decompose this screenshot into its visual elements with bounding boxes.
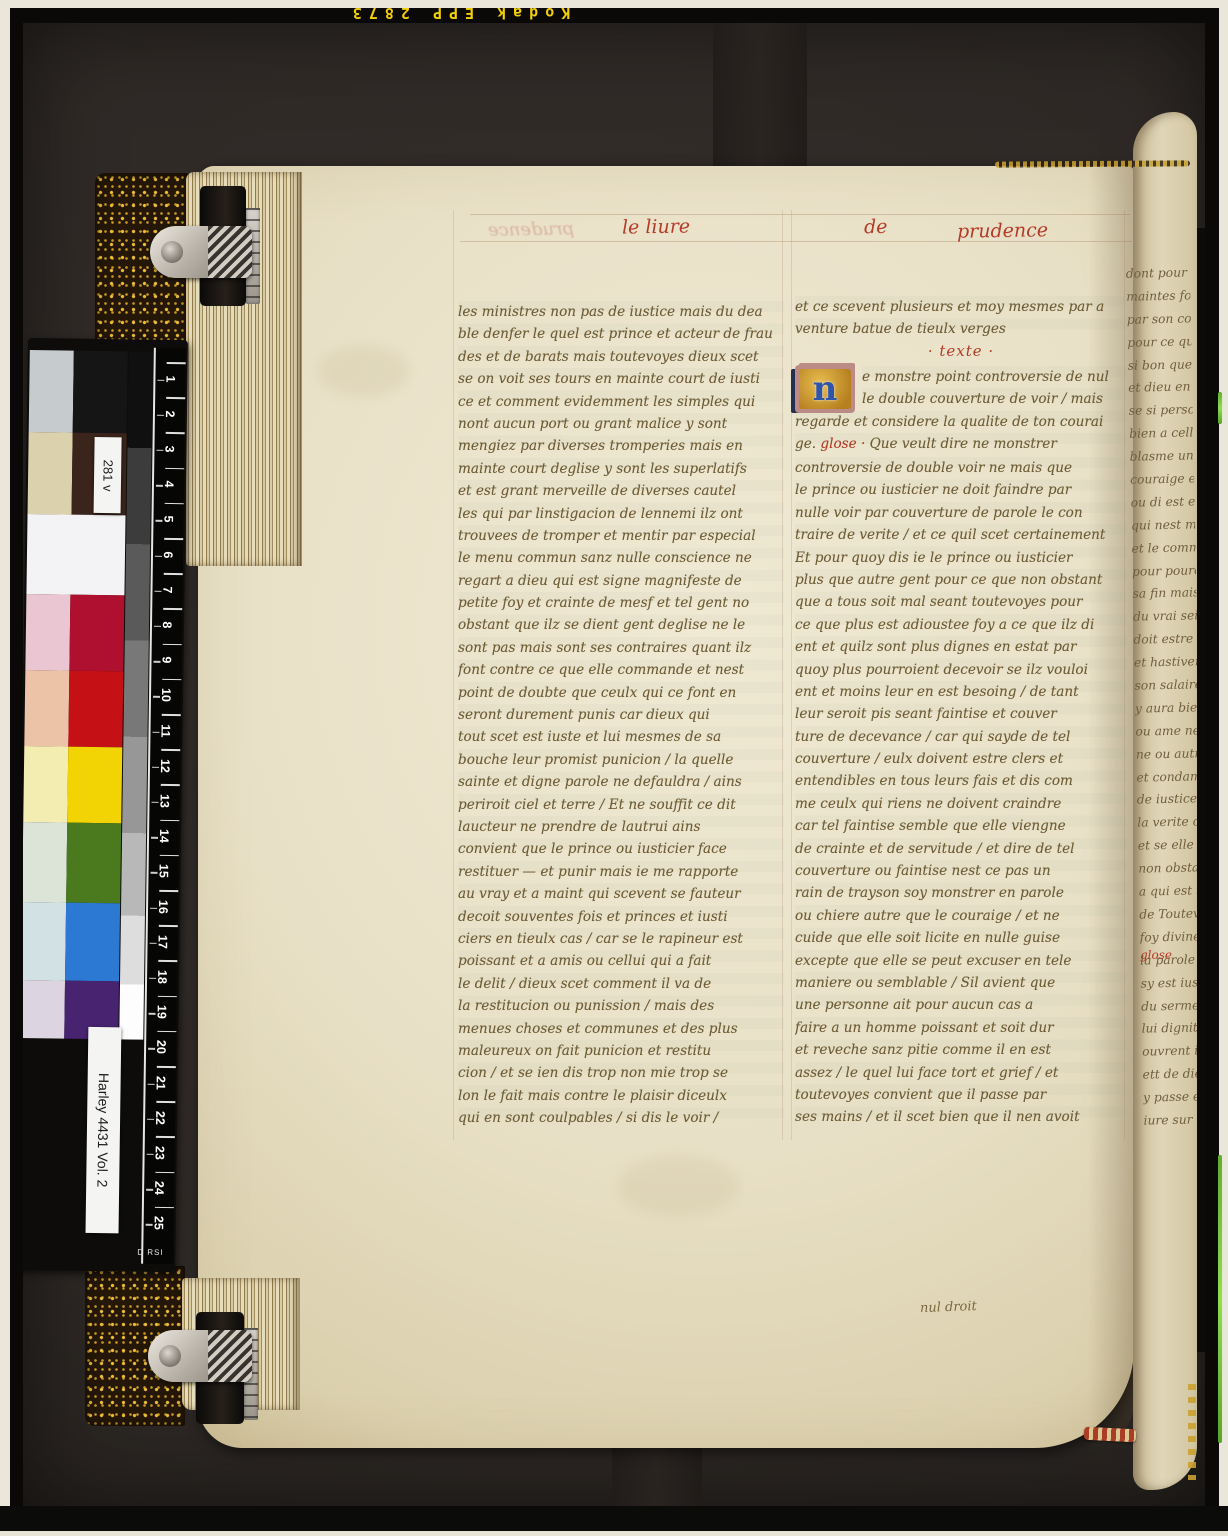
text-line: ciers en tieulx cas / car se le rapineur… — [458, 928, 784, 950]
ruler-cell: 19 — [146, 995, 176, 1031]
film-border-right — [1205, 7, 1219, 1508]
calibration-patch — [20, 980, 65, 1039]
text-line: les qui par linstigacion de lennemi ilz … — [458, 503, 784, 525]
vellum-stain — [618, 1156, 738, 1216]
ruler-number: 1 — [163, 363, 177, 393]
text-line: petite foy et crainte de mesf et tel gen… — [458, 592, 784, 614]
ruler-number: 3 — [162, 434, 176, 464]
text-line: et est grant merveille de diverses caute… — [458, 480, 784, 502]
text-line: pour ce que il nam — [1127, 330, 1191, 354]
ruler-number: 18 — [155, 962, 169, 992]
ruler-number: 2 — [163, 399, 177, 429]
text-line: trouvees de tromper et mentir par especi… — [458, 525, 784, 547]
text-line: rain de trayson soy monstrer en parole — [795, 882, 1127, 904]
text-line: dont pour son pla — [1126, 261, 1190, 285]
text-line: pour pourchacier de n — [1132, 559, 1196, 583]
ruler-cell: 6 — [153, 538, 183, 574]
text-line: la restitucion ou punission / mais des — [458, 995, 784, 1017]
ruler-cell: 8 — [152, 608, 182, 644]
shelfmark-label: Harley 4431 Vol. 2 — [86, 1027, 122, 1233]
ruler-cell: 3 — [154, 432, 184, 468]
felt-strap-top — [713, 22, 807, 169]
text-line: laucteur ne prendre de lautrui ains — [458, 816, 784, 838]
text-line: non obstant que — [1138, 856, 1202, 880]
text-line: faire a un homme poissant et soit dur — [795, 1017, 1127, 1039]
text-line: qui nest medicineuse — [1131, 513, 1195, 537]
text-line: menues choses et communes et des plus — [458, 1018, 784, 1040]
text-line: quoy plus pourroient decevoir se ilz vou… — [795, 659, 1127, 681]
ruler-number: 17 — [155, 927, 169, 957]
text-line: ce et comment evidemment les simples qui — [458, 391, 784, 413]
ruler-cell: 12 — [150, 749, 180, 785]
calibration-patch — [69, 595, 124, 672]
text-line: maleureux on fait punicion et restitu — [458, 1040, 784, 1062]
calibration-patch — [21, 902, 66, 981]
text-line: ou di est et que tel d — [1130, 490, 1194, 514]
page-clip-bottom — [148, 1330, 252, 1382]
text-line: ce que plus est adioustee foy a ce que i… — [795, 614, 1127, 636]
text-line: convient que le prince ou iusticier face — [458, 838, 784, 860]
green-edge-artifact — [1218, 1155, 1222, 1443]
calibration-patch — [24, 670, 69, 747]
felt-strap-bottom — [612, 1442, 702, 1508]
text-line: et ce scevent plusieurs et moy mesmes pa… — [795, 296, 1127, 318]
frame-bottom — [0, 1531, 1228, 1536]
ruler-number: 20 — [154, 1032, 168, 1062]
text-line: ture de decevance / car qui sayde de tel — [795, 726, 1127, 748]
page-clip-top — [150, 226, 252, 278]
text-line: mengiez par diverses tromperies mais en — [458, 435, 784, 457]
text-line: maniere ou semblable / Sil avient que — [795, 972, 1127, 994]
ruler-number: 12 — [158, 751, 172, 781]
text-line: et dieu en seroit de p — [1128, 376, 1192, 400]
calibration-patch — [26, 514, 125, 595]
text-line: que a tous soit mal seant toutevoyes pou… — [795, 591, 1127, 613]
text-line: se si personne pa — [1128, 399, 1192, 423]
ruling-line — [470, 214, 1130, 215]
text-line: bien a cellui que ma — [1129, 422, 1193, 446]
ruler-number: 11 — [158, 715, 172, 745]
ruler-number: 21 — [153, 1067, 167, 1097]
text-line: foy divine — [1139, 925, 1203, 949]
ruler-cell: 21 — [145, 1066, 175, 1102]
ruler-cell: 14 — [149, 819, 179, 855]
text-line: sont pas mais sont ses contraires quant … — [458, 637, 784, 659]
text-line: doit estre parfaite — [1133, 628, 1197, 652]
next-folio-rubric-glose: glose — [1140, 948, 1172, 962]
ruling-line — [453, 210, 454, 1140]
text-column-2-intro: et ce scevent plusieurs et moy mesmes pa… — [795, 296, 1127, 341]
text-line: seront durement punis car dieux qui — [458, 704, 784, 726]
calibration-patch — [66, 823, 121, 904]
ruler-cell: 11 — [150, 714, 180, 750]
text-line: obstant que ilz se dient gent deglise ne… — [458, 614, 784, 636]
text-line: font contre ce que elle commande et nest — [458, 659, 784, 681]
ruler-cell: 1 — [155, 362, 185, 398]
text-column-2-glose-line: ge. glose · Que veult dire ne monstrer — [795, 433, 1127, 455]
text-line: plus que autre gent pour ce que non obst… — [795, 569, 1127, 591]
calibration-patch — [25, 594, 70, 671]
text-line: toutevoyes convient que il passe par — [795, 1084, 1127, 1106]
ruler-number: 7 — [160, 575, 174, 605]
text-line: ne ou autre malice — [1136, 742, 1200, 766]
ruler-footer-label: D RSI — [137, 1248, 163, 1257]
text-line: de Toutevoyes ne — [1139, 902, 1203, 926]
text-line: leur seroit pis seant faintise et couver — [795, 703, 1127, 725]
text-line: car tel faintise semble que elle viengne — [795, 815, 1127, 837]
catchword: nul droit — [920, 1299, 977, 1316]
text-line: controversie de double voir ne mais que — [795, 457, 1127, 479]
ruler-number: 13 — [157, 786, 171, 816]
ruler-cell: 2 — [155, 397, 185, 433]
text-line: regart a dieu qui est signe magnifeste d… — [458, 570, 784, 592]
text-line: venture batue de tieulx verges — [795, 318, 1127, 340]
text-line: les ministres non pas de iustice mais du… — [458, 301, 784, 323]
spine-headband — [1084, 1427, 1137, 1443]
initial-letter: n — [795, 365, 855, 413]
running-header-le-livre: le liure — [622, 215, 690, 238]
ruler-number: 25 — [151, 1208, 165, 1238]
ruler-cell: 25 — [143, 1206, 173, 1242]
text-line: ble denfer le quel est prince et acteur … — [458, 323, 784, 345]
ruler-cell: 20 — [146, 1031, 176, 1067]
text-line: cuide que elle soit licite en nulle guis… — [795, 927, 1127, 949]
folio-label: 281 v — [94, 437, 122, 513]
text-line: tout scet est iuste et lui mesmes de sa — [458, 726, 784, 748]
ruling-line — [791, 210, 792, 1140]
ruler-cell: 24 — [144, 1171, 174, 1207]
running-header-de: de — [864, 216, 888, 238]
text-line: poissant et a amis ou cellui qui a fait — [458, 950, 784, 972]
rubric-glose: glose · — [820, 436, 869, 452]
ruler-cell: 23 — [144, 1136, 174, 1172]
text-line: le double couverture de voir / mais — [862, 388, 1127, 410]
text-line: assez / le quel lui face tort et grief /… — [795, 1062, 1127, 1084]
ruler-number: 23 — [152, 1138, 166, 1168]
text-line: traire de verite / et ce quil scet certa… — [795, 524, 1127, 546]
text-fragment: Que veult dire ne monstrer — [870, 436, 1057, 452]
ruler-number: 9 — [159, 645, 173, 675]
text-column-1: les ministres non pas de iustice mais du… — [458, 301, 784, 1129]
ruler-cell: 22 — [145, 1101, 175, 1137]
text-line: regarde et considere la qualite de ton c… — [795, 411, 1127, 433]
text-column-2-beside-initial: e monstre point controversie de nulle do… — [862, 366, 1127, 411]
ruler-number: 10 — [159, 680, 173, 710]
ruler-cell: 17 — [147, 925, 177, 961]
text-line: entendibles en tous leurs fais et dis co… — [795, 770, 1127, 792]
text-line: couverture ou faintise nest ce pas un — [795, 860, 1127, 882]
header-showthrough: prudence — [488, 218, 575, 241]
film-strip: Kodak EPP 2873 — [0, 1506, 1228, 1532]
text-line: qui en sont coulpables / si dis le voir … — [458, 1107, 784, 1129]
text-line: une personne ait pour aucun cas a — [795, 994, 1127, 1016]
ruler-cell: 9 — [151, 643, 181, 679]
ruler-cell: 18 — [147, 960, 177, 996]
text-line: ent et quilz sont plus dignes en estat p… — [795, 636, 1127, 658]
ruler-cell: 13 — [149, 784, 179, 820]
text-line: ou ame ne trouve — [1135, 719, 1199, 743]
text-line: couraige et que cest — [1130, 467, 1194, 491]
ruler-cell: 4 — [154, 467, 184, 503]
text-line: le menu commun sanz nulle conscience ne — [458, 547, 784, 569]
text-line: periroit ciel et terre / Et ne souffit c… — [458, 794, 784, 816]
text-line: si bon que se il luc — [1128, 353, 1192, 377]
running-header-prudence: prudence — [957, 219, 1048, 243]
text-line: sa fin mais de la — [1132, 582, 1196, 606]
calibration-patch — [65, 903, 120, 982]
text-line: au vray et a maint qui scevent se fauteu… — [458, 883, 784, 905]
text-line: nulle voir par couverture de parole le c… — [795, 502, 1127, 524]
ruler-number: 6 — [161, 539, 175, 569]
text-line: du vrai seigneur et n — [1133, 605, 1197, 629]
text-line: du serment fa — [1141, 994, 1205, 1018]
text-line: de iustice entre d — [1137, 788, 1201, 812]
ruler-number: 15 — [156, 856, 170, 886]
text-line: bouche leur promist punicion / la quelle — [458, 749, 784, 771]
ruler-number: 8 — [160, 610, 174, 640]
calibration-patch — [73, 351, 128, 434]
ruler-cell: 7 — [152, 573, 182, 609]
text-line: et le commandemen — [1131, 536, 1195, 560]
text-line: nont aucun port ou grant malice y sont — [458, 413, 784, 435]
text-line: decoit souventes fois et princes et iust… — [458, 906, 784, 928]
text-fragment: ge. — [795, 436, 820, 452]
ruler-number: 5 — [161, 504, 175, 534]
gold-dot-border — [1188, 1384, 1196, 1480]
ruler-cell: 16 — [148, 890, 178, 926]
text-line: restituer — et punir mais ie me rapporte — [458, 861, 784, 883]
text-line: lon le fait mais contre le plaisir diceu… — [458, 1085, 784, 1107]
color-calibration-chart: 1234567891011121314151617181920212223242… — [15, 338, 188, 1272]
text-line: ou chiere autre que le couraige / et ne — [795, 905, 1127, 927]
text-line: ses mains / et il scet bien que il nen a… — [795, 1106, 1127, 1128]
ruler-number: 24 — [152, 1173, 166, 1203]
calibration-patch — [68, 671, 123, 748]
text-line: se on voit ses tours en mainte court de … — [458, 368, 784, 390]
ruler-number: 22 — [153, 1103, 167, 1133]
text-line: et hastivement en p — [1134, 650, 1198, 674]
text-line: le prince ou iusticier ne doit faindre p… — [795, 479, 1127, 501]
text-line: ent et moins leur en est besoing / de ta… — [795, 681, 1127, 703]
text-line: couverture / eulx doivent estre clers et — [795, 748, 1127, 770]
text-line: sy est iuste ne d — [1140, 971, 1204, 995]
text-line: sainte et digne parole ne defauldra / ai… — [458, 771, 784, 793]
text-line: et condampnable — [1136, 765, 1200, 789]
vellum-stain — [318, 346, 408, 396]
text-line: et se elle traite — [1138, 834, 1202, 858]
ruler-cell: 15 — [148, 855, 178, 891]
ruler-number: 16 — [156, 891, 170, 921]
text-line: cion / et se ien dis trop non mie trop s… — [458, 1062, 784, 1084]
rubric-texte: · texte · — [795, 342, 1127, 360]
text-line: par son couraige il nest — [1127, 307, 1191, 331]
ruler-number: 19 — [154, 997, 168, 1027]
text-column-2-line: regarde et considere la qualite de ton c… — [795, 411, 1127, 433]
ruler-cell: 5 — [153, 503, 183, 539]
calibration-patch — [23, 746, 68, 823]
photo-canvas: prudence le liure de prudence les minist… — [0, 0, 1228, 1536]
text-column-2-body: controversie de double voir ne mais quel… — [795, 457, 1127, 1129]
text-line: blasme une ie di q — [1129, 445, 1193, 469]
film-border-left — [10, 7, 23, 1508]
text-line: a qui est tesm — [1139, 879, 1203, 903]
illuminated-initial-N: n — [795, 365, 855, 413]
ruler-number: 14 — [157, 821, 171, 851]
text-line: y aura bien — [1135, 696, 1199, 720]
ruler-number: 4 — [162, 469, 176, 499]
film-stock-label: Kodak EPP 2873 — [288, 0, 628, 22]
text-line: e monstre point controversie de nul — [862, 366, 1127, 388]
calibration-patch — [29, 350, 74, 433]
text-line: son salaire et apres — [1134, 673, 1198, 697]
text-line: Et pour quoy dis ie le prince ou iustici… — [795, 547, 1127, 569]
calibration-patch — [22, 822, 67, 903]
ruler-cell: 10 — [151, 679, 181, 715]
text-line: mainte court deglise y sont les superlat… — [458, 458, 784, 480]
text-line: de crainte et de servitude / et dire de … — [795, 838, 1127, 860]
calibration-patch — [28, 432, 73, 515]
text-line: et reveche sanz pitie comme il en est — [795, 1039, 1127, 1061]
calibration-patch — [67, 747, 122, 824]
text-line: maintes fois endurer et — [1126, 284, 1190, 308]
frame-left — [0, 0, 10, 1536]
text-line: des et de barats mais toutevoyes dieux s… — [458, 346, 784, 368]
text-line: le delit / dieux scet comment il va de — [458, 973, 784, 995]
green-edge-artifact — [1218, 392, 1222, 424]
text-line: la verite car il ap — [1137, 811, 1201, 835]
text-line: point de doubte que ceulx qui ce font en — [458, 682, 784, 704]
text-line: me ceulx qui riens ne doivent craindre — [795, 793, 1127, 815]
text-line: excepte que elle se peut excuser en tele — [795, 950, 1127, 972]
